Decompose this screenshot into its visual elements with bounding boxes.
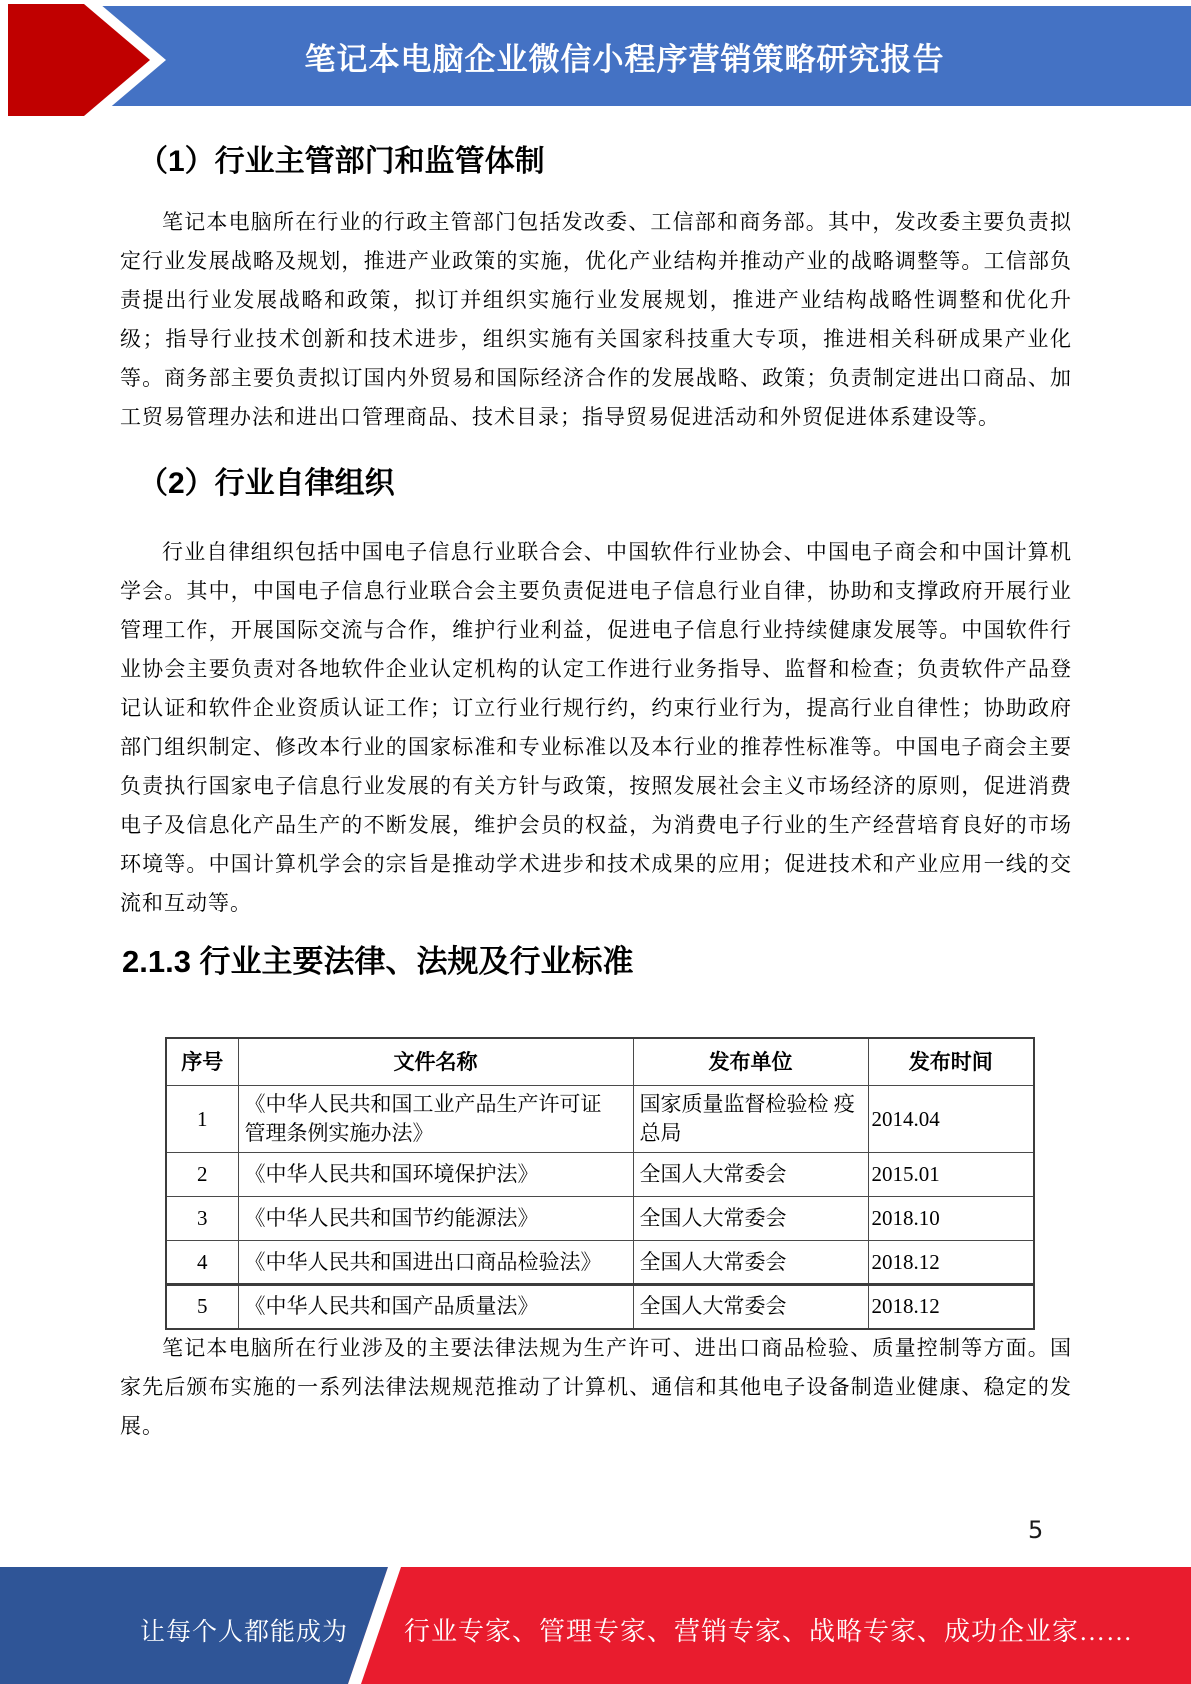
page-number: 5 <box>1028 1516 1043 1544</box>
footer-slogan-right: 行业专家、管理专家、营销专家、战略专家、成功企业家…… <box>404 1567 1133 1684</box>
footer-banner: 让每个人都能成为 行业专家、管理专家、营销专家、战略专家、成功企业家…… <box>0 1567 1191 1684</box>
cell-date: 2018.10 <box>868 1197 1034 1241</box>
closing-paragraph: 笔记本电脑所在行业涉及的主要法律法规为生产许可、进出口商品检验、质量控制等方面。… <box>120 1329 1072 1446</box>
col-header-document: 文件名称 <box>238 1038 633 1086</box>
cell-issuer: 全国人大常委会 <box>633 1285 868 1329</box>
cell-index: 4 <box>166 1241 238 1285</box>
cell-index: 3 <box>166 1197 238 1241</box>
cell-issuer: 全国人大常委会 <box>633 1241 868 1285</box>
cell-document: 《中华人民共和国环境保护法》 <box>238 1153 633 1197</box>
cell-document: 《中华人民共和国节约能源法》 <box>238 1197 633 1241</box>
cell-date: 2018.12 <box>868 1241 1034 1285</box>
col-header-date: 发布时间 <box>868 1038 1034 1086</box>
table-row: 1 《中华人民共和国工业产品生产许可证 管理条例实施办法》 国家质量监督检验检 … <box>166 1086 1034 1153</box>
section-heading-213: 2.1.3 行业主要法律、法规及行业标准 <box>122 936 634 981</box>
cell-issuer: 国家质量监督检验检 疫总局 <box>633 1086 868 1153</box>
section-paragraph-2: 行业自律组织包括中国电子信息行业联合会、中国软件行业协会、中国电子商会和中国计算… <box>120 533 1072 923</box>
cell-document: 《中华人民共和国产品质量法》 <box>238 1285 633 1329</box>
col-header-index: 序号 <box>166 1038 238 1086</box>
table-header-row: 序号 文件名称 发布单位 发布时间 <box>166 1038 1034 1086</box>
regulations-table: 序号 文件名称 发布单位 发布时间 1 《中华人民共和国工业产品生产许可证 管理… <box>165 1037 1035 1330</box>
footer-slogan-left: 让每个人都能成为 <box>140 1567 348 1684</box>
cell-issuer: 全国人大常委会 <box>633 1153 868 1197</box>
cell-index: 2 <box>166 1153 238 1197</box>
col-header-issuer: 发布单位 <box>633 1038 868 1086</box>
cell-document: 《中华人民共和国工业产品生产许可证 管理条例实施办法》 <box>238 1086 633 1153</box>
section-heading-1: （1）行业主管部门和监管体制 <box>138 136 545 180</box>
cell-index: 5 <box>166 1285 238 1329</box>
section-heading-2: （2）行业自律组织 <box>138 458 395 502</box>
table-row: 4 《中华人民共和国进出口商品检验法》 全国人大常委会 2018.12 <box>166 1241 1034 1285</box>
cell-index: 1 <box>166 1086 238 1153</box>
cell-document: 《中华人民共和国进出口商品检验法》 <box>238 1241 633 1285</box>
header-banner: 笔记本电脑企业微信小程序营销策略研究报告 <box>0 4 1191 110</box>
cell-date: 2018.12 <box>868 1285 1034 1329</box>
table-row: 5 《中华人民共和国产品质量法》 全国人大常委会 2018.12 <box>166 1285 1034 1329</box>
table-row: 2 《中华人民共和国环境保护法》 全国人大常委会 2015.01 <box>166 1153 1034 1197</box>
cell-issuer: 全国人大常委会 <box>633 1197 868 1241</box>
cell-date: 2015.01 <box>868 1153 1034 1197</box>
section-paragraph-1: 笔记本电脑所在行业的行政主管部门包括发改委、工信部和商务部。其中，发改委主要负责… <box>120 203 1072 437</box>
table-row: 3 《中华人民共和国节约能源法》 全国人大常委会 2018.10 <box>166 1197 1034 1241</box>
report-title: 笔记本电脑企业微信小程序营销策略研究报告 <box>58 6 1191 106</box>
report-page: 笔记本电脑企业微信小程序营销策略研究报告 （1）行业主管部门和监管体制 笔记本电… <box>0 0 1191 1684</box>
cell-date: 2014.04 <box>868 1086 1034 1153</box>
